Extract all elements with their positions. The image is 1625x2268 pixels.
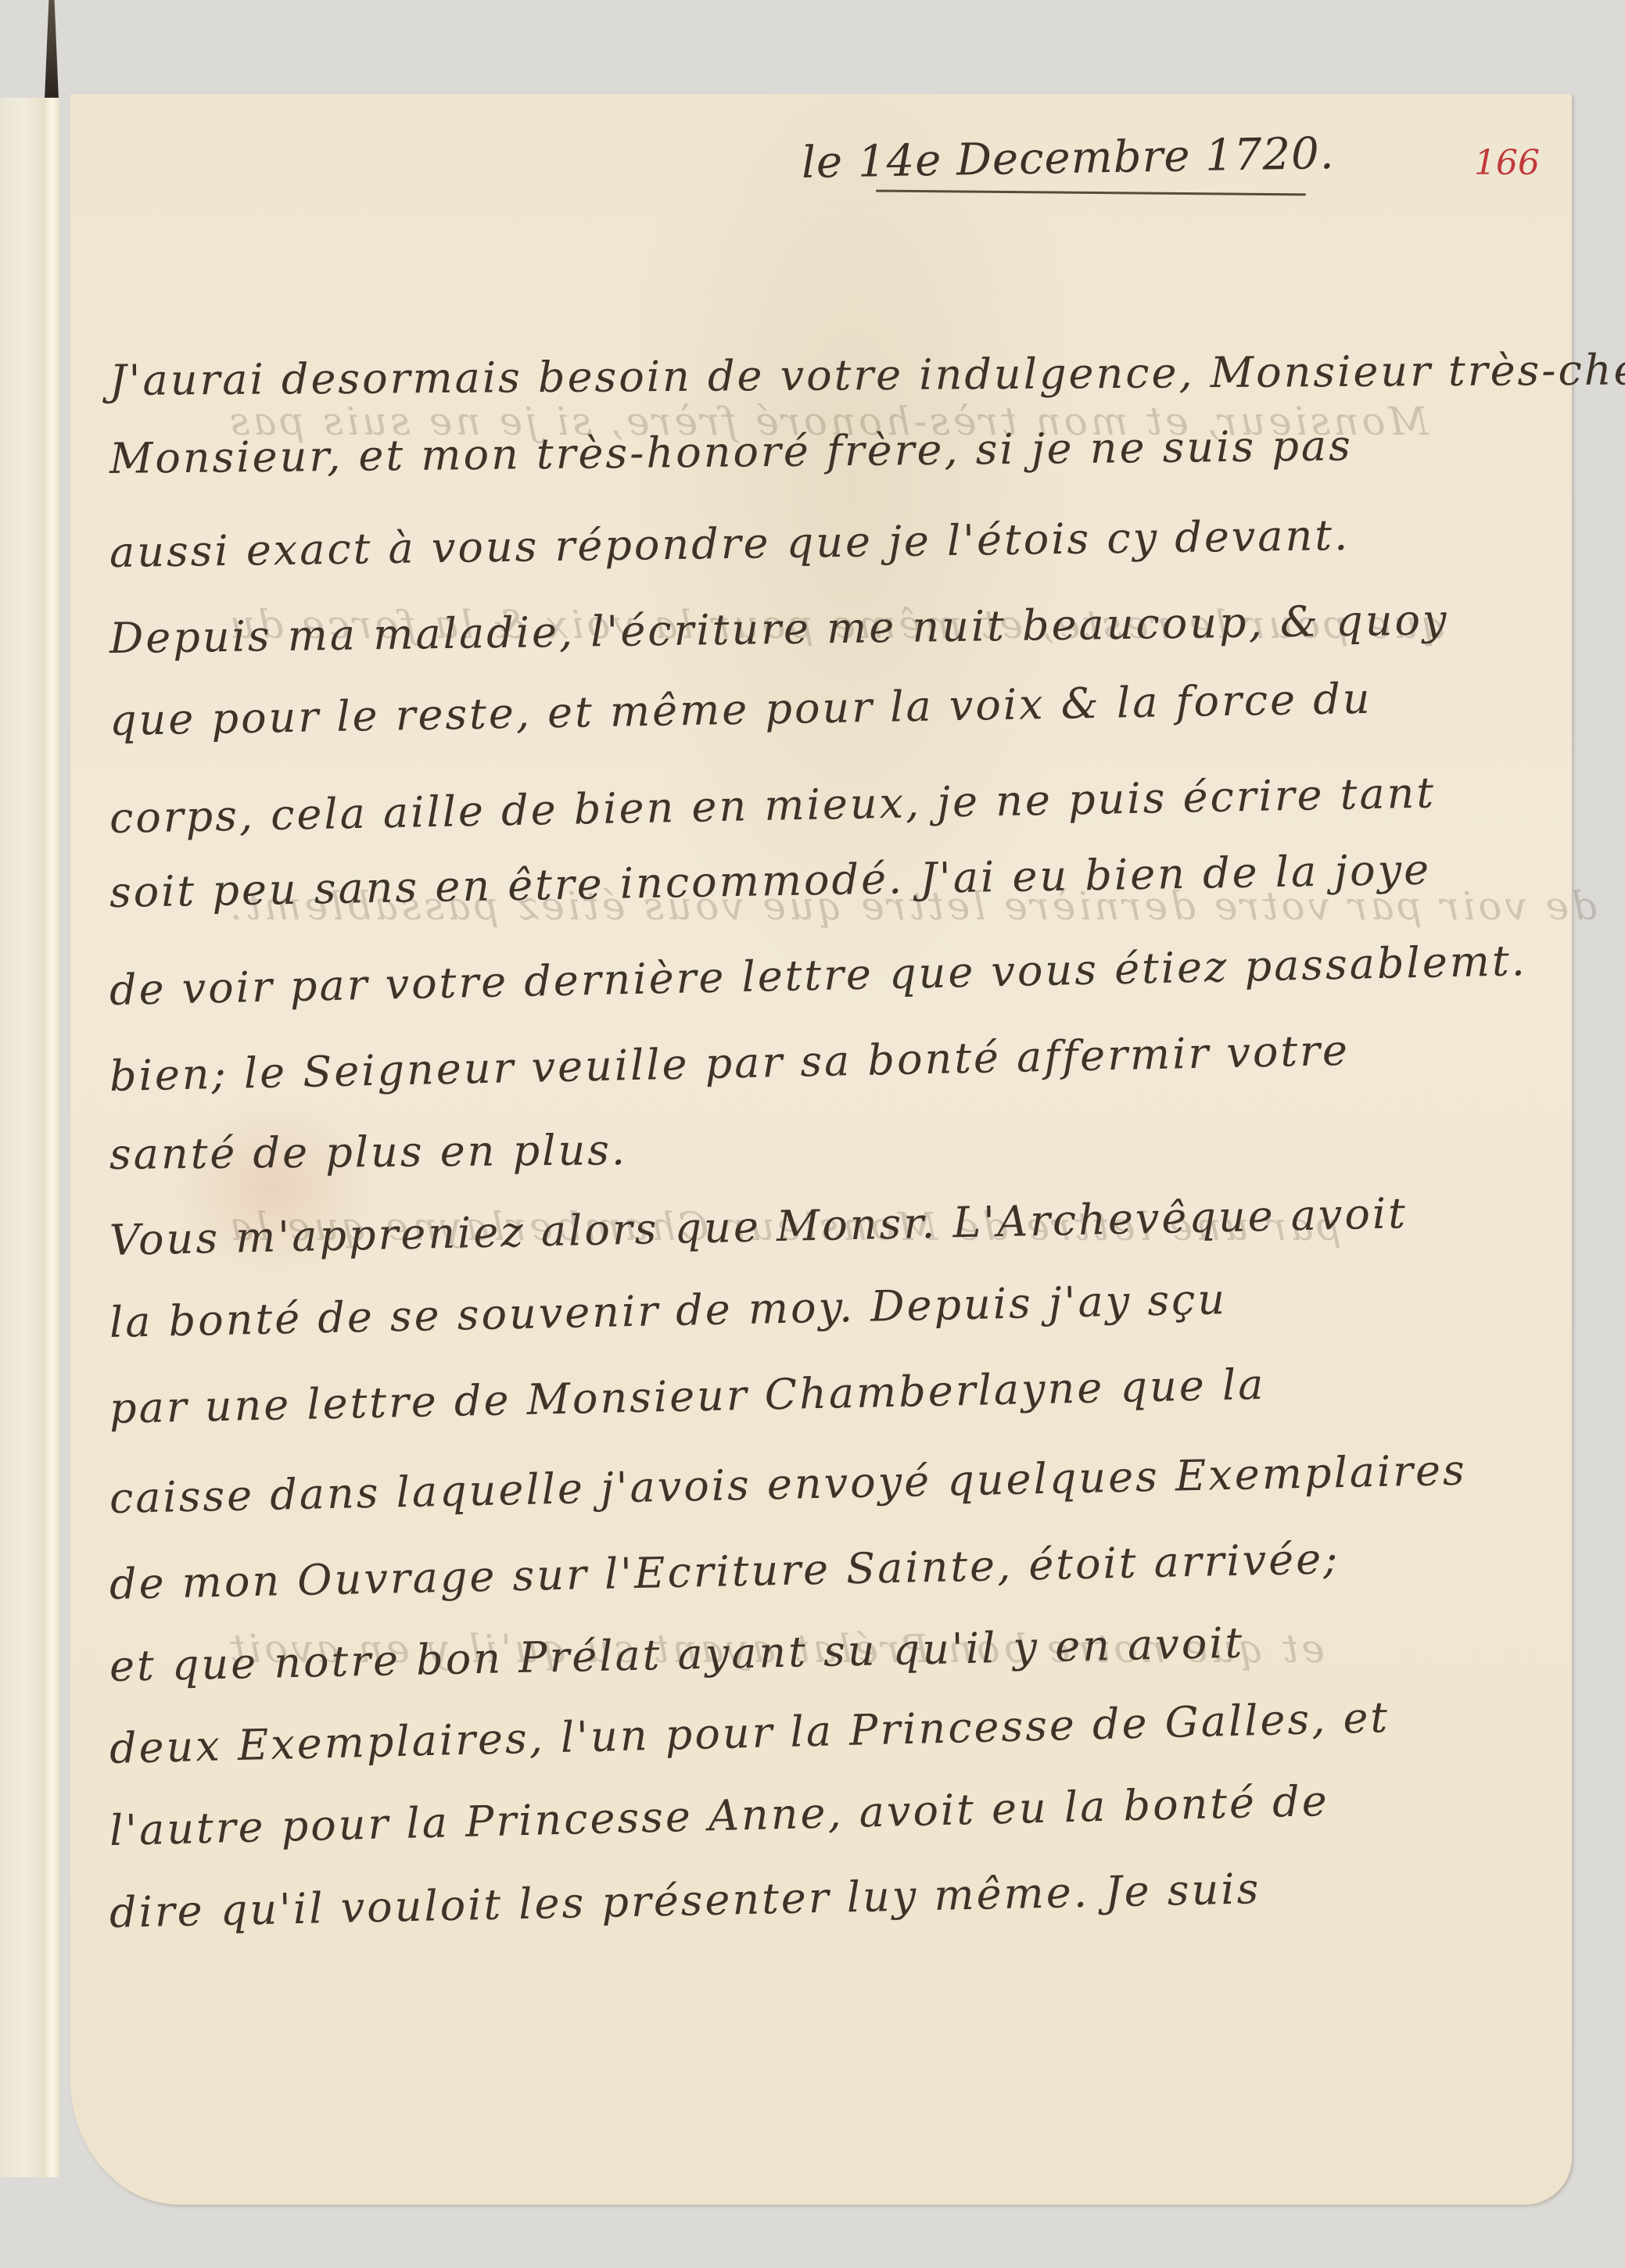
letter-line: santé de plus en plus.	[109, 1125, 628, 1179]
previous-page-edge	[0, 98, 48, 2177]
binding-guard-strip	[45, 98, 59, 2177]
letter-line: J'aurai desormais besoin de votre indulg…	[109, 345, 1625, 405]
folio-number: 166	[1474, 143, 1540, 183]
letter-date: le 14e Decembre 1720.	[801, 128, 1335, 188]
binding-spine	[45, 0, 59, 100]
